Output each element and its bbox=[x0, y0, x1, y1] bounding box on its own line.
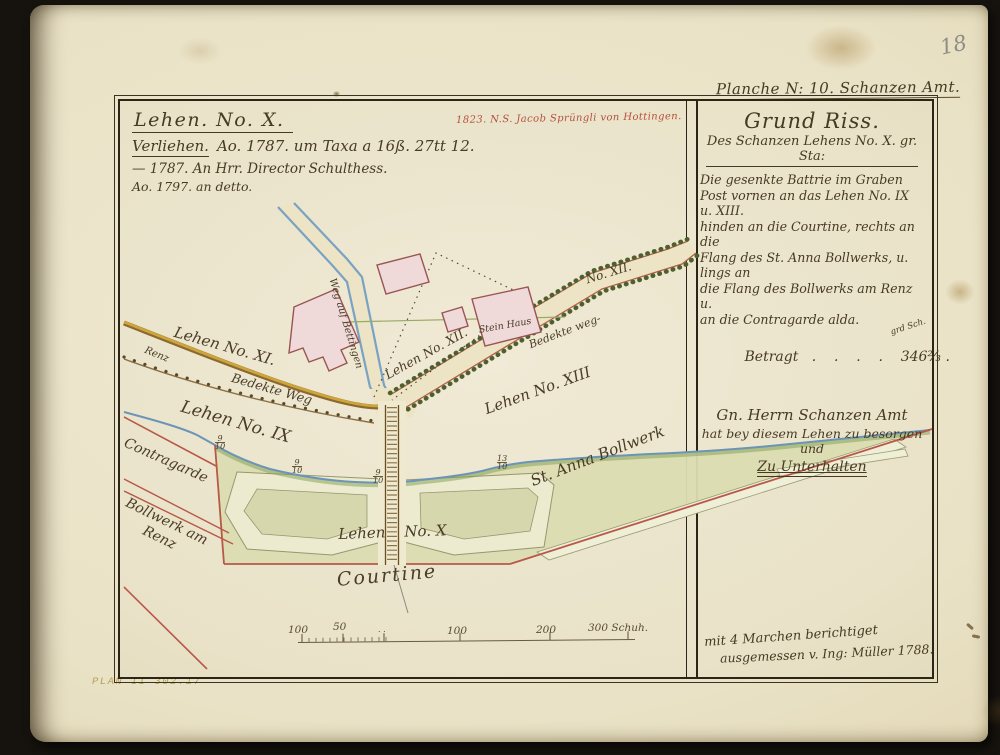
stain bbox=[178, 37, 222, 65]
scanned-album-page: 18 Planche N: 10. Schanzen Amt. PLAN II … bbox=[0, 0, 1000, 755]
description-line: Post vornen an das Lehen No. IX u. XIII. bbox=[700, 188, 924, 219]
stain bbox=[945, 279, 975, 305]
lehen-title: Lehen. No. X. bbox=[132, 109, 293, 133]
stain bbox=[980, 695, 1000, 727]
stain bbox=[805, 25, 877, 71]
grant-1787: — 1787. An Hrr. Director Schulthess. bbox=[132, 161, 475, 177]
scale-label-100b: 100 bbox=[447, 625, 467, 637]
grund-riss-heading: Grund Riss. bbox=[700, 109, 924, 133]
page-number: 18 bbox=[938, 30, 969, 59]
label-lehen-x: Lehen No. X bbox=[338, 521, 447, 543]
planche-header: Planche N: 10. Schanzen Amt. bbox=[716, 78, 960, 101]
measurement-annotation: 910 bbox=[373, 469, 383, 484]
grund-riss-subheading: Des Schanzen Lehens No. X. gr. Sta: bbox=[700, 134, 924, 164]
heading-rule bbox=[706, 166, 918, 167]
ink-dot bbox=[333, 91, 340, 97]
note-line: hat bey diesem Lehen zu besorgen und bbox=[700, 426, 924, 456]
description-line: Flang des St. Anna Bollwerks, u. lings a… bbox=[700, 250, 924, 281]
verliehen-line: Verliehen.Ao. 1787. um Taxa a 16ß. 27tt … bbox=[132, 137, 475, 157]
grant-1797: Ao. 1797. an detto. bbox=[132, 179, 475, 194]
description-line: hinden an die Courtine, rechts an die bbox=[700, 219, 924, 250]
description-line: die Flang des Bollwerks am Renz u. bbox=[700, 281, 924, 312]
right-panel: Grund Riss. Des Schanzen Lehens No. X. g… bbox=[700, 109, 924, 477]
verliehen-rest: Ao. 1787. um Taxa a 16ß. 27tt 12. bbox=[217, 137, 475, 155]
scale-label-100: 100 bbox=[288, 624, 308, 636]
betragt-line: Betragt . . . . 346⅔ . grd Sch. bbox=[700, 333, 924, 397]
paper-sheet: 18 Planche N: 10. Schanzen Amt. PLAN II … bbox=[30, 5, 988, 742]
note-underlined: Zu Unterhalten bbox=[757, 459, 866, 477]
ink-marks bbox=[972, 634, 980, 639]
verliehen-word: Verliehen. bbox=[132, 137, 209, 157]
description-line: an die Contragarde alda. bbox=[700, 312, 924, 328]
scale-label-50: 50 bbox=[333, 621, 346, 633]
measurement-annotation: 1310 bbox=[497, 455, 507, 470]
ink-marks bbox=[966, 623, 974, 631]
measurement-annotation: 910 bbox=[215, 435, 225, 450]
measurement-annotation: 910 bbox=[292, 459, 302, 474]
obligation-note: Gn. Herrn Schanzen Amt hat bey diesem Le… bbox=[700, 406, 924, 477]
scale-dots: . . bbox=[378, 625, 386, 634]
scale-label-200: 200 bbox=[536, 624, 556, 636]
scale-label-300-schuh: 300 Schuh. bbox=[588, 622, 648, 634]
map-frame: Lehen. No. X. Verliehen.Ao. 1787. um Tax… bbox=[118, 99, 934, 679]
description-line: Die gesenkte Battrie im Graben bbox=[700, 172, 924, 188]
description-paragraph: Die gesenkte Battrie im Graben Post vorn… bbox=[700, 172, 924, 327]
title-block: Lehen. No. X. Verliehen.Ao. 1787. um Tax… bbox=[132, 109, 475, 194]
note-line: Gn. Herrn Schanzen Amt bbox=[700, 406, 924, 424]
